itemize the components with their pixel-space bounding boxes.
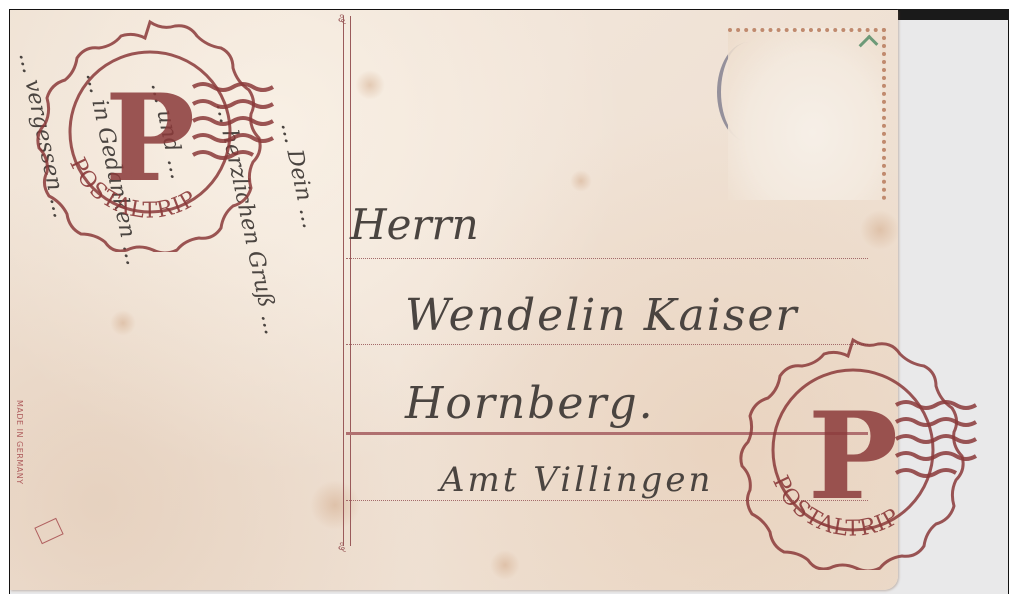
publisher-logo-icon [34,518,63,544]
postcard: ... vergessen ... ... in Gedanken ... ..… [10,10,898,590]
made-in-germany-imprint: MADE IN GERMANY [15,400,24,485]
message-handwriting: ... Dein ... [276,120,323,231]
address-line-rule [346,258,868,259]
address-recipient-name: Wendelin Kaiser [405,290,799,341]
stamp-remnant [728,28,886,200]
message-handwriting: ... und ... [146,80,191,181]
address-line-rule [346,344,868,345]
foxing-spot [310,480,360,530]
address-line-rule [346,500,868,501]
center-divider [343,16,351,546]
stamp-corner-fragment [859,35,879,55]
foxing-spot [570,170,592,192]
foxing-spot [355,70,385,100]
address-recipient-title: Herrn [350,200,479,249]
address-town: Hornberg. [405,378,655,429]
message-handwriting: ... in Gedanken ... [81,70,146,268]
foxing-spot [110,310,136,336]
foxing-spot [860,210,898,250]
address-district: Amt Villingen [440,460,713,500]
address-line-rule-bold [346,432,868,435]
foxing-spot [490,550,520,580]
message-handwriting: ... vergessen ... [14,50,74,220]
message-handwriting: ... herzlichen Gruß ... [211,100,285,337]
divider-scroll-top-icon: ୡ [338,12,346,24]
divider-scroll-bottom-icon: ୡ [338,540,346,552]
top-edge-bar [897,9,1009,20]
